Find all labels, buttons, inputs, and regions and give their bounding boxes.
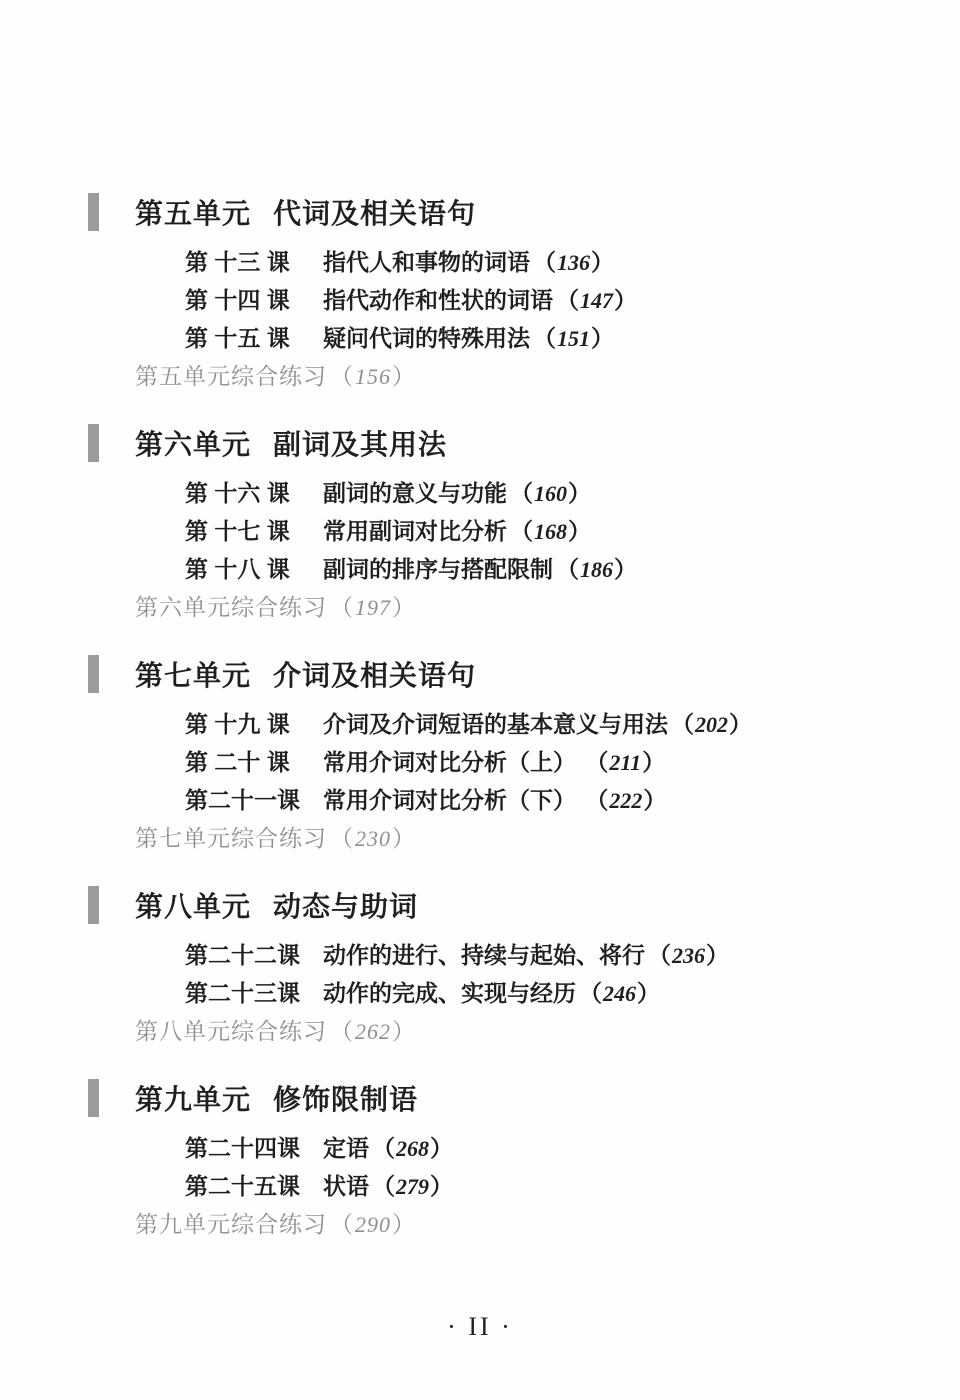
unit-title: 代词及相关语句 — [273, 192, 476, 232]
unit-number: 第九单元 — [135, 1078, 251, 1118]
table-of-contents: 第五单元 代词及相关语句 第 十三 课 指代人和事物的词语 （136） 第 十四… — [0, 195, 960, 1274]
page-number: 168 — [533, 519, 568, 544]
paren-close: ） — [430, 1173, 453, 1199]
page-number: 151 — [556, 326, 591, 351]
unit-marker-bar — [88, 1079, 99, 1117]
lesson-row: 第 十三 课 指代人和事物的词语 （136） — [185, 241, 960, 279]
paren-close: ） — [568, 480, 591, 506]
exercise-label: 第七单元综合练习 — [135, 820, 327, 853]
unit-title: 副词及其用法 — [273, 423, 447, 463]
page-ref: （246） — [579, 975, 660, 1008]
lesson-row: 第 十六 课 副词的意义与功能 （160） — [185, 472, 960, 510]
page-number: 290 — [354, 1212, 392, 1237]
lesson-title: 动作的完成、实现与经历 — [323, 975, 576, 1008]
exercise-label: 第八单元综合练习 — [135, 1013, 327, 1046]
unit-exercise-row: 第五单元综合练习 （156） — [135, 355, 960, 393]
page-number: 262 — [354, 1019, 392, 1044]
lesson-number: 第 十六 课 — [185, 475, 323, 508]
unit-title: 动态与助词 — [273, 885, 418, 925]
page-number: 268 — [395, 1136, 430, 1161]
paren-open: （ — [372, 1135, 395, 1161]
lesson-number: 第二十四课 — [185, 1130, 323, 1163]
lesson-row: 第 十八 课 副词的排序与搭配限制 （186） — [185, 548, 960, 586]
lesson-title: 指代人和事物的词语 — [323, 244, 530, 277]
paren-open: （ — [510, 518, 533, 544]
paren-close: ） — [614, 287, 637, 313]
lesson-number: 第二十五课 — [185, 1168, 323, 1201]
lesson-row: 第二十五课 状语 （279） — [185, 1165, 960, 1203]
exercise-label: 第六单元综合练习 — [135, 589, 327, 622]
paren-close: ） — [706, 942, 729, 968]
page-number: 230 — [354, 826, 392, 851]
page-ref: （202） — [671, 706, 752, 739]
lesson-title: 介词及介词短语的基本意义与用法 — [323, 706, 668, 739]
lesson-title: 常用介词对比分析（下） — [323, 782, 582, 815]
paren-close: ） — [392, 1212, 416, 1237]
paren-open: （ — [533, 249, 556, 275]
paren-close: ） — [642, 749, 665, 775]
page-number: 160 — [533, 481, 568, 506]
lesson-row: 第 二十 课 常用介词对比分析（上） （211） — [185, 741, 960, 779]
paren-close: ） — [729, 711, 752, 737]
lesson-title: 定语 — [323, 1130, 369, 1163]
paren-close: ） — [392, 595, 416, 620]
page-ref: （151） — [533, 320, 614, 353]
paren-close: ） — [643, 787, 666, 813]
unit-title: 介词及相关语句 — [273, 654, 476, 694]
lesson-row: 第二十四课 定语 （268） — [185, 1127, 960, 1165]
page-ref: （268） — [372, 1130, 453, 1163]
lesson-row: 第 十七 课 常用副词对比分析 （168） — [185, 510, 960, 548]
lesson-title: 动作的进行、持续与起始、将行 — [323, 937, 645, 970]
lesson-title: 疑问代词的特殊用法 — [323, 320, 530, 353]
paren-close: ） — [591, 325, 614, 351]
toc-unit-section-5: 第五单元 代词及相关语句 第 十三 课 指代人和事物的词语 （136） 第 十四… — [0, 195, 960, 393]
lesson-row: 第 十四 课 指代动作和性状的词语 （147） — [185, 279, 960, 317]
paren-open: （ — [330, 826, 354, 851]
lesson-title: 副词的排序与搭配限制 — [323, 551, 553, 584]
lesson-number: 第二十一课 — [185, 782, 323, 815]
page-number: 136 — [556, 250, 591, 275]
paren-close: ） — [568, 518, 591, 544]
paren-open: （ — [330, 1019, 354, 1044]
paren-open: （ — [671, 711, 694, 737]
unit-exercise-row: 第八单元综合练习 （262） — [135, 1010, 960, 1048]
page-number: 222 — [608, 788, 643, 813]
page-ref: （168） — [510, 513, 591, 546]
toc-unit-section-7: 第七单元 介词及相关语句 第 十九 课 介词及介词短语的基本意义与用法 （202… — [0, 657, 960, 855]
paren-open: （ — [533, 325, 556, 351]
page-ref: （222） — [585, 782, 666, 815]
page-number: 246 — [602, 981, 637, 1006]
unit-marker-bar — [88, 655, 99, 693]
paren-open: （ — [556, 287, 579, 313]
paren-close: ） — [392, 364, 416, 389]
lesson-number: 第 二十 课 — [185, 744, 323, 777]
lesson-title: 指代动作和性状的词语 — [323, 282, 553, 315]
paren-close: ） — [614, 556, 637, 582]
lesson-title: 副词的意义与功能 — [323, 475, 507, 508]
lesson-row: 第 十五 课 疑问代词的特殊用法 （151） — [185, 317, 960, 355]
paren-open: （ — [585, 749, 608, 775]
page-ref: （136） — [533, 244, 614, 277]
exercise-label: 第九单元综合练习 — [135, 1206, 327, 1239]
lesson-number: 第 十七 课 — [185, 513, 323, 546]
page-number: 279 — [395, 1174, 430, 1199]
paren-open: （ — [330, 1212, 354, 1237]
page-ref: （290） — [330, 1206, 416, 1239]
unit-exercise-row: 第六单元综合练习 （197） — [135, 586, 960, 624]
paren-open: （ — [579, 980, 602, 1006]
unit-exercise-row: 第七单元综合练习 （230） — [135, 817, 960, 855]
page-ref: （160） — [510, 475, 591, 508]
lesson-row: 第二十二课 动作的进行、持续与起始、将行 （236） — [185, 934, 960, 972]
page-ref: （211） — [585, 744, 665, 777]
lesson-row: 第二十一课 常用介词对比分析（下） （222） — [185, 779, 960, 817]
page-number: 186 — [579, 557, 614, 582]
page-ref: （262） — [330, 1013, 416, 1046]
page-number: 211 — [608, 750, 642, 775]
page-number: 156 — [354, 364, 392, 389]
document-page: 第五单元 代词及相关语句 第 十三 课 指代人和事物的词语 （136） 第 十四… — [0, 0, 960, 1400]
lesson-number: 第 十八 课 — [185, 551, 323, 584]
paren-open: （ — [556, 556, 579, 582]
page-ref: （279） — [372, 1168, 453, 1201]
paren-open: （ — [372, 1173, 395, 1199]
unit-marker-bar — [88, 886, 99, 924]
folio-page-number: · II · — [0, 1312, 960, 1342]
lesson-row: 第二十三课 动作的完成、实现与经历 （246） — [185, 972, 960, 1010]
paren-open: （ — [510, 480, 533, 506]
lesson-row: 第 十九 课 介词及介词短语的基本意义与用法 （202） — [185, 703, 960, 741]
paren-open: （ — [330, 595, 354, 620]
page-ref: （147） — [556, 282, 637, 315]
paren-open: （ — [585, 787, 608, 813]
toc-unit-section-8: 第八单元 动态与助词 第二十二课 动作的进行、持续与起始、将行 （236） 第二… — [0, 888, 960, 1048]
page-number: 236 — [671, 943, 706, 968]
lesson-number: 第 十四 课 — [185, 282, 323, 315]
unit-marker-bar — [88, 193, 99, 231]
exercise-label: 第五单元综合练习 — [135, 358, 327, 391]
paren-close: ） — [392, 826, 416, 851]
lesson-number: 第 十五 课 — [185, 320, 323, 353]
page-ref: （236） — [648, 937, 729, 970]
paren-close: ） — [430, 1135, 453, 1161]
page-ref: （186） — [556, 551, 637, 584]
page-number: 147 — [579, 288, 614, 313]
unit-number: 第七单元 — [135, 654, 251, 694]
lesson-number: 第二十三课 — [185, 975, 323, 1008]
lesson-title: 常用介词对比分析（上） — [323, 744, 582, 777]
paren-open: （ — [330, 364, 354, 389]
paren-close: ） — [591, 249, 614, 275]
lesson-title: 常用副词对比分析 — [323, 513, 507, 546]
lesson-number: 第 十九 课 — [185, 706, 323, 739]
unit-heading: 第五单元 代词及相关语句 — [88, 195, 960, 229]
page-number: 197 — [354, 595, 392, 620]
paren-open: （ — [648, 942, 671, 968]
lesson-title: 状语 — [323, 1168, 369, 1201]
unit-number: 第六单元 — [135, 423, 251, 463]
page-ref: （230） — [330, 820, 416, 853]
unit-heading: 第七单元 介词及相关语句 — [88, 657, 960, 691]
unit-heading: 第九单元 修饰限制语 — [88, 1081, 960, 1115]
page-ref: （156） — [330, 358, 416, 391]
page-number: 202 — [694, 712, 729, 737]
paren-close: ） — [392, 1019, 416, 1044]
page-ref: （197） — [330, 589, 416, 622]
lesson-number: 第 十三 课 — [185, 244, 323, 277]
unit-number: 第八单元 — [135, 885, 251, 925]
unit-heading: 第八单元 动态与助词 — [88, 888, 960, 922]
unit-marker-bar — [88, 424, 99, 462]
unit-title: 修饰限制语 — [273, 1078, 418, 1118]
unit-exercise-row: 第九单元综合练习 （290） — [135, 1203, 960, 1241]
lesson-number: 第二十二课 — [185, 937, 323, 970]
toc-unit-section-9: 第九单元 修饰限制语 第二十四课 定语 （268） 第二十五课 状语 （279）… — [0, 1081, 960, 1241]
unit-heading: 第六单元 副词及其用法 — [88, 426, 960, 460]
unit-number: 第五单元 — [135, 192, 251, 232]
toc-unit-section-6: 第六单元 副词及其用法 第 十六 课 副词的意义与功能 （160） 第 十七 课… — [0, 426, 960, 624]
paren-close: ） — [637, 980, 660, 1006]
